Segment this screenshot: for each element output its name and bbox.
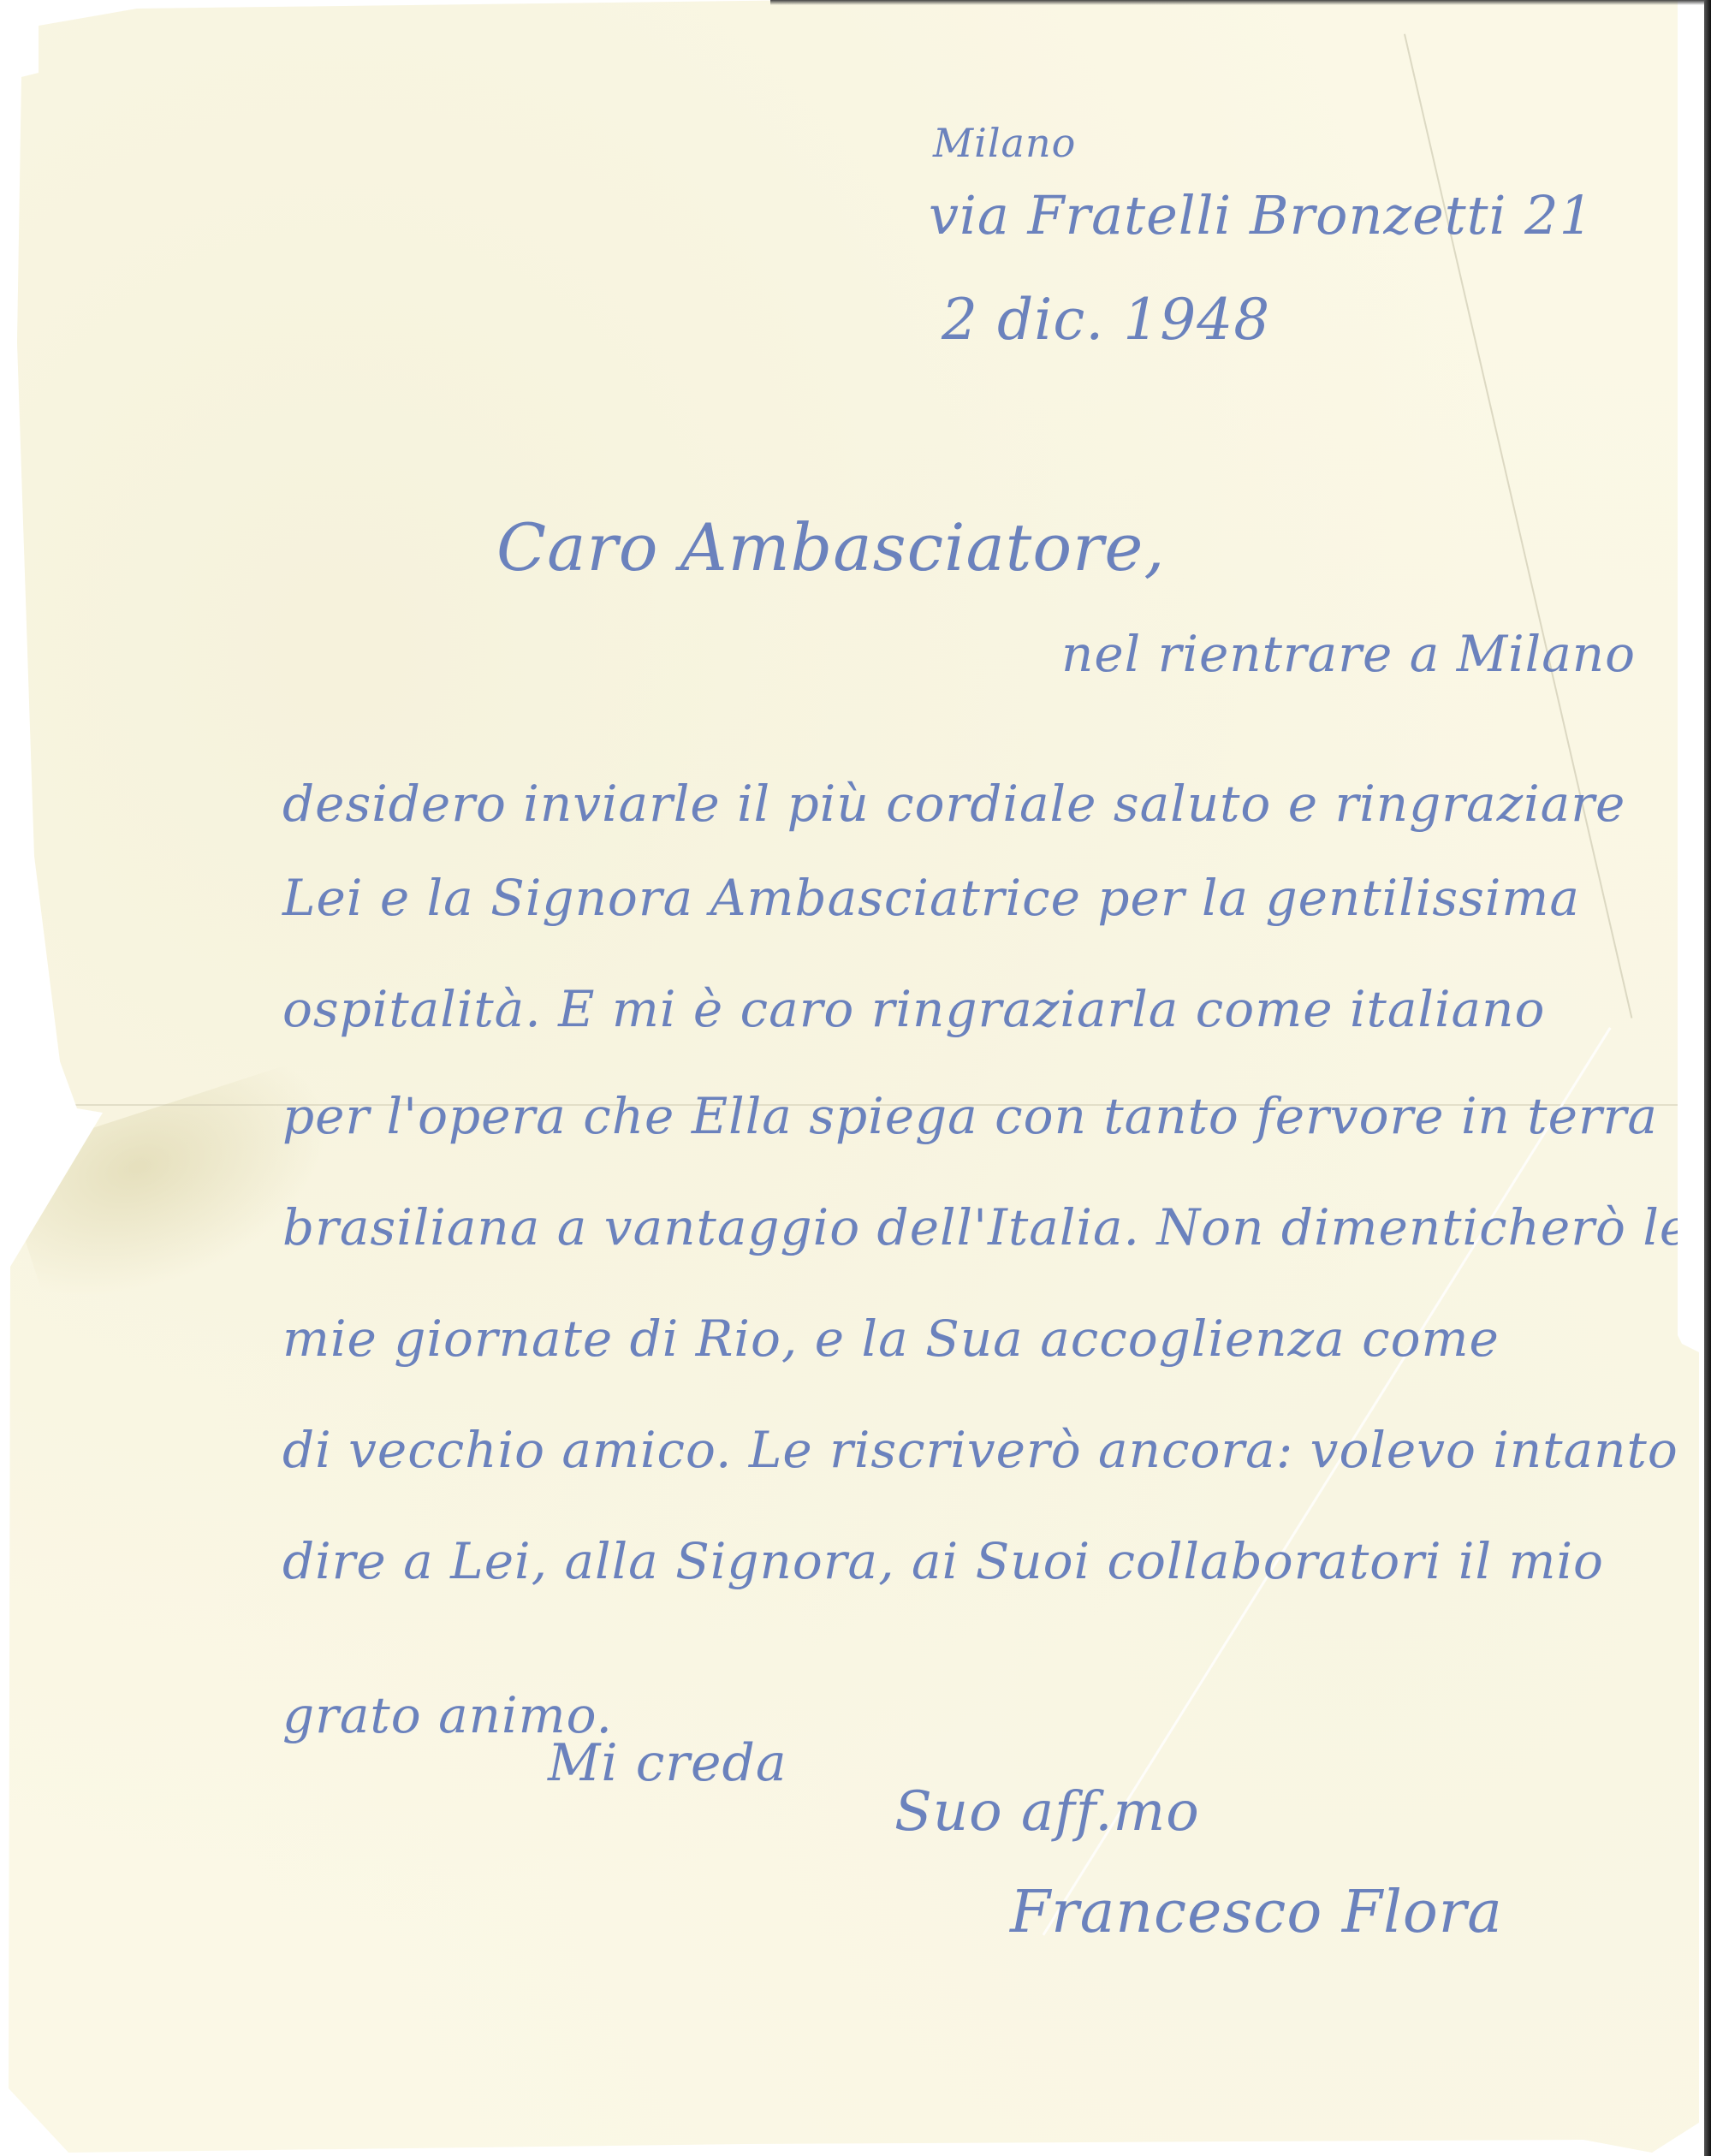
body-line: dire a Lei, alla Signora, ai Suoi collab… — [282, 1532, 1604, 1590]
body-line: mie giornate di Rio, e la Sua accoglienz… — [282, 1310, 1500, 1368]
body-line: per l'opera che Ella spiega con tanto fe… — [282, 1087, 1658, 1145]
salutation: Caro Ambasciatore, — [496, 509, 1166, 585]
body-line: di vecchio amico. Le riscriverò ancora: … — [282, 1421, 1678, 1479]
signature: Francesco Flora — [1010, 1879, 1503, 1946]
closing-phrase: Mi creda — [548, 1733, 787, 1793]
header-city: Milano — [933, 120, 1076, 166]
letter-paper: Milano via Fratelli Bronzetti 21 2 dic. … — [0, 0, 1711, 2156]
scan-top-shadow — [770, 0, 1711, 5]
body-line: ospitalità. E mi è caro ringraziarla com… — [282, 980, 1545, 1038]
body-line: desidero inviarle il più cordiale saluto… — [282, 775, 1625, 833]
scan-right-edge — [1704, 0, 1711, 2156]
body-line: nel rientrare a Milano — [1061, 625, 1636, 683]
header-date: 2 dic. 1948 — [942, 287, 1270, 353]
valediction: Suo aff.mo — [894, 1780, 1200, 1844]
header-street-address: via Fratelli Bronzetti 21 — [929, 184, 1594, 246]
body-line: brasiliana a vantaggio dell'Italia. Non … — [282, 1198, 1690, 1256]
body-line: Lei e la Signora Ambasciatrice per la ge… — [282, 869, 1580, 927]
